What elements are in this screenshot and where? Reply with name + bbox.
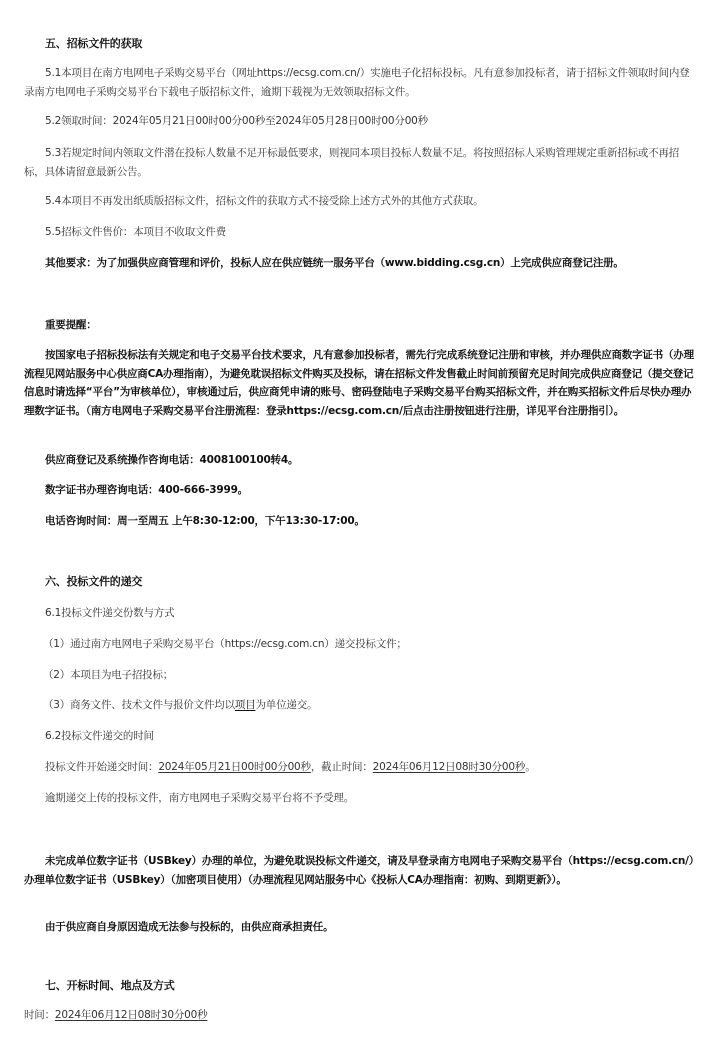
other-requirements: 其他要求：为了加强供应商管理和评价，投标人应在供应链统一服务平台（www.bid… bbox=[45, 256, 624, 270]
submit-start-value: 2024年05月21日00时00分00秒 bbox=[158, 761, 311, 773]
list-item-3-suffix: 为单位递交。 bbox=[256, 699, 318, 711]
submit-deadline-label: ，截止时间： bbox=[311, 761, 373, 773]
paragraph-6-2: 6.2投标文件递交的时间 bbox=[45, 729, 154, 743]
paragraph-5-2: 5.2领取时间：2024年05月21日00时00分00秒至2024年05月28日… bbox=[45, 114, 428, 128]
paragraph-5-1: 5.1本项目在南方电网电子采购交易平台（网址https://ecsg.com.c… bbox=[24, 64, 696, 102]
project-link[interactable]: 项目 bbox=[235, 699, 256, 711]
phone-certificate: 数字证书办理咨询电话：400-666-3999。 bbox=[45, 483, 248, 497]
reminder-title: 重要提醒： bbox=[45, 318, 97, 332]
phone-hours: 电话咨询时间：周一至周五 上午8:30-12:00，下午13:30-17:00。 bbox=[45, 514, 365, 528]
opening-time-label: 时间： bbox=[24, 1009, 55, 1021]
phone-registration: 供应商登记及系统操作咨询电话：4008100100转4。 bbox=[45, 453, 298, 467]
submission-time: 投标文件开始递交时间：2024年05月21日00时00分00秒，截止时间：202… bbox=[45, 760, 536, 774]
submit-deadline-value: 2024年06月12日08时30分00秒 bbox=[373, 761, 526, 773]
liability-notice: 由于供应商自身原因造成无法参与投标的，由供应商承担责任。 bbox=[45, 920, 333, 934]
section-6-title: 六、投标文件的递交 bbox=[45, 575, 142, 589]
section-7-title: 七、开标时间、地点及方式 bbox=[45, 979, 175, 993]
paragraph-6-1: 6.1投标文件递交份数与方式 bbox=[45, 606, 174, 620]
section-5-title: 五、招标文件的获取 bbox=[45, 37, 142, 51]
paragraph-5-4: 5.4本项目不再发出纸质版招标文件，招标文件的获取方式不接受除上述方式外的其他方… bbox=[45, 194, 483, 208]
list-item-3: （3）商务文件、技术文件与报价文件均以项目为单位递交。 bbox=[43, 698, 317, 712]
opening-time-value: 2024年06月12日08时30分00秒 bbox=[55, 1009, 208, 1021]
submit-start-label: 投标文件开始递交时间： bbox=[45, 761, 158, 773]
submit-end-punct: 。 bbox=[525, 761, 535, 773]
list-item-1: （1）通过南方电网电子采购交易平台（https://ecsg.com.cn）递交… bbox=[43, 637, 407, 651]
late-notice: 逾期递交上传的投标文件，南方电网电子采购交易平台将不予受理。 bbox=[45, 791, 354, 805]
list-item-3-prefix: （3）商务文件、技术文件与报价文件均以 bbox=[43, 699, 235, 711]
paragraph-5-3: 5.3若规定时间内领取文件潜在投标人数量不足开标最低要求，则视同本项目投标人数量… bbox=[24, 144, 696, 182]
reminder-body: 按国家电子招标投标法有关规定和电子交易平台技术要求，凡有意参加投标者，需先行完成… bbox=[24, 346, 699, 420]
list-item-2: （2）本项目为电子招投标； bbox=[43, 668, 173, 682]
usbkey-notice: 未完成单位数字证书（USBkey）办理的单位，为避免耽误投标文件递交，请及早登录… bbox=[24, 852, 704, 890]
paragraph-5-5: 5.5招标文件售价：本项目不收取文件费 bbox=[45, 225, 226, 239]
opening-time: 时间：2024年06月12日08时30分00秒 bbox=[24, 1008, 207, 1022]
